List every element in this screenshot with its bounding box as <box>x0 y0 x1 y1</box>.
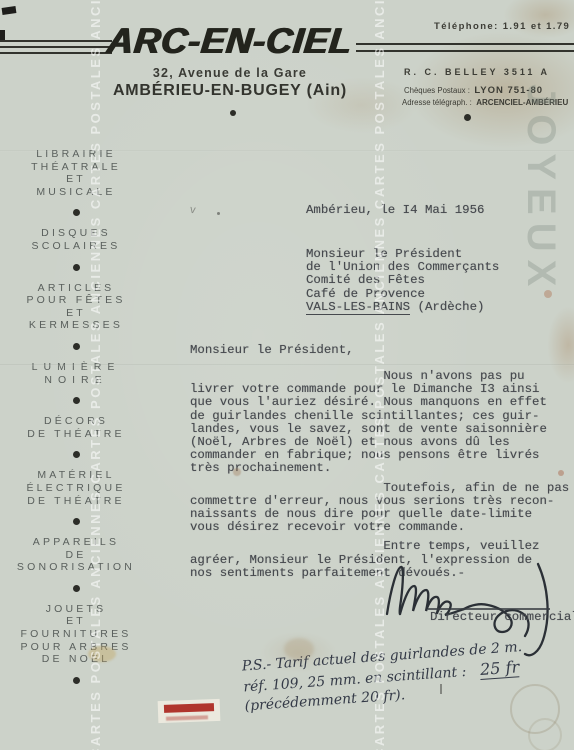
sidebar-item-disques: DISQUES SCOLAIRES <box>16 227 136 252</box>
bullet-icon <box>73 585 80 592</box>
bullet-icon <box>73 209 80 216</box>
bullet-icon <box>230 110 236 116</box>
bullet-icon <box>73 518 80 525</box>
bullet-icon <box>73 397 80 404</box>
sidebar-item-materiel-electrique: MATÉRIEL ÉLECTRIQUE DE THÉATRE <box>16 469 136 507</box>
registry-number: R. C. BELLEY 3511 A <box>404 67 550 77</box>
bullet-icon <box>73 677 80 684</box>
salutation: Monsieur le Président, <box>190 344 354 357</box>
pencil-mark <box>217 212 220 215</box>
postscript-note: P.S.- Tarif actuel des guirlandes de 2 m… <box>241 635 574 717</box>
watermark-ghost-text: JOYEUX <box>518 84 563 294</box>
bullet-icon <box>73 264 80 271</box>
header-rule <box>356 43 574 45</box>
sidebar-item-jouets: JOUETS ET FOURNITURES POUR ARBRES DE NOË… <box>16 603 136 666</box>
signature-title: Directeur commercial <box>430 611 574 624</box>
header-rule <box>356 50 574 52</box>
sidebar-categories: LIBRAIRIE THÉATRALE ET MUSICALE DISQUES … <box>16 148 136 695</box>
ps-price: 25 fr <box>479 657 519 680</box>
letter-page: ARC-EN-CIEL 32, Avenue de la Gare AMBÉRI… <box>0 0 574 750</box>
bullet-icon <box>73 451 80 458</box>
sidebar-item-decors: DÉCORS DE THÉATRE <box>16 415 136 440</box>
watermark-text: CARTES POSTALES ANCIENNES CARTES POSTALE… <box>88 0 103 750</box>
recipient-dept: (Ardèche) <box>410 300 484 314</box>
company-street: 32, Avenue de la Gare <box>106 66 354 80</box>
company-logo: ARC-EN-CIEL <box>104 20 356 62</box>
watermark-text: CARTES POSTALES ANCIENNES CARTES POSTALE… <box>372 0 387 750</box>
company-city: AMBÉRIEU-EN-BUGEY (Ain) <box>96 82 364 100</box>
stain <box>528 718 562 750</box>
bullet-icon <box>73 343 80 350</box>
sidebar-item-librairie: LIBRAIRIE THÉATRALE ET MUSICALE <box>16 148 136 198</box>
recipient-city: VALS-LES-BAINS <box>306 300 410 315</box>
pencil-mark <box>440 684 442 694</box>
phone-number: Téléphone: 1.91 et 1.79 <box>434 21 570 32</box>
recipient-block: Monsieur le Président de l'Union des Com… <box>306 248 499 314</box>
sidebar-item-articles-fetes: ARTICLES POUR FÊTES ET KERMESSES <box>16 282 136 332</box>
dateline: Ambérieu, le I4 Mai 1956 <box>306 204 484 217</box>
sidebar-item-sonorisation: APPAREILS DE SONORISATION <box>16 536 136 574</box>
recipient-city-line: VALS-LES-BAINS (Ardèche) <box>306 301 499 314</box>
corner-mark <box>2 6 17 15</box>
pencil-mark: v <box>189 204 196 217</box>
bullet-icon <box>464 114 471 121</box>
sidebar-item-lumiere-noire: LUMIÈRE NOIRE <box>16 361 136 386</box>
